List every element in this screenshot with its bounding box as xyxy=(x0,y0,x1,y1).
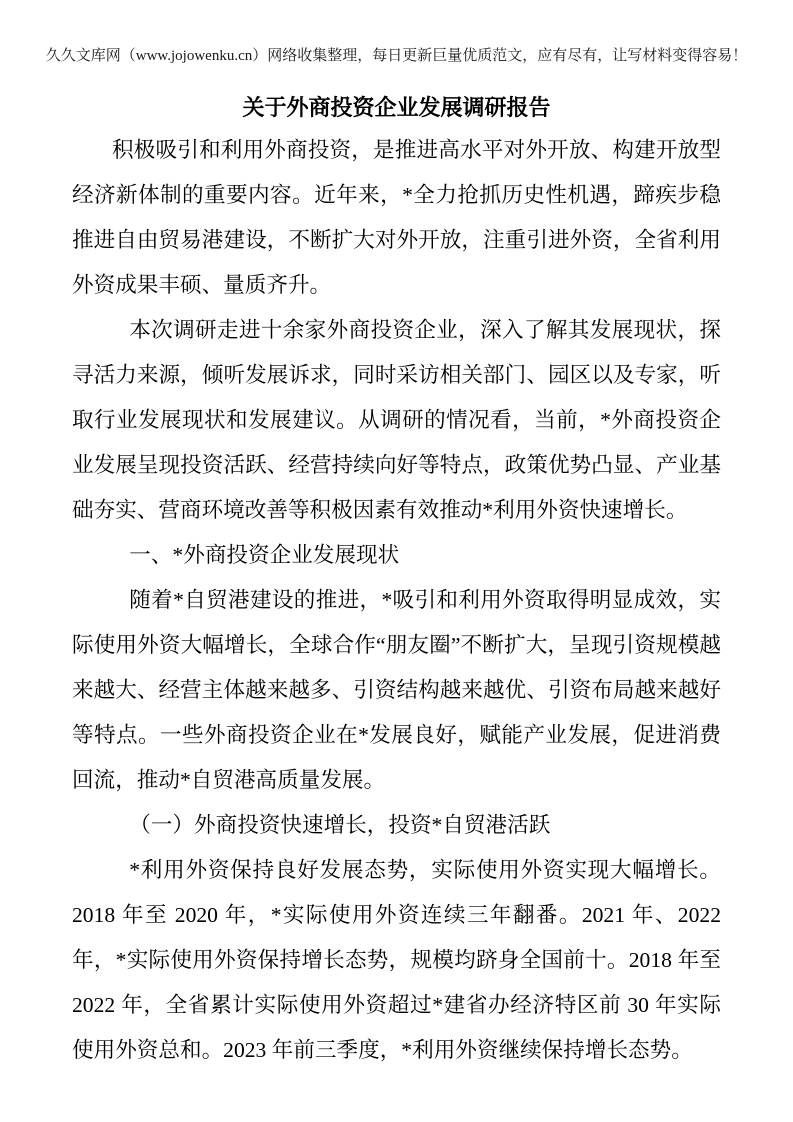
document-title: 关于外商投资企业发展调研报告 xyxy=(0,93,793,123)
body-paragraph: 积极吸引和利用外商投资，是推进高水平对外开放、构建开放型经济新体制的重要内容。近… xyxy=(72,128,721,308)
body-paragraph: 随着*自贸港建设的推进，*吸引和利用外资取得明显成效，实际使用外资大幅增长，全球… xyxy=(72,578,721,803)
document-body: 积极吸引和利用外商投资，是推进高水平对外开放、构建开放型经济新体制的重要内容。近… xyxy=(72,128,721,1073)
body-paragraph: 本次调研走进十余家外商投资企业，深入了解其发展现状，探寻活力来源，倾听发展诉求，… xyxy=(72,308,721,533)
body-paragraph: *利用外资保持良好发展态势，实际使用外资实现大幅增长。2018 年至 2020 … xyxy=(72,848,721,1073)
subsection-heading: （一）外商投资快速增长，投资*自贸港活跃 xyxy=(72,803,721,848)
document-page: 久久文库网（www.jojowenku.cn）网络收集整理，每日更新巨量优质范文… xyxy=(0,0,793,1122)
section-heading: 一、*外商投资企业发展现状 xyxy=(72,533,721,578)
page-header-note: 久久文库网（www.jojowenku.cn）网络收集整理，每日更新巨量优质范文… xyxy=(40,46,753,66)
